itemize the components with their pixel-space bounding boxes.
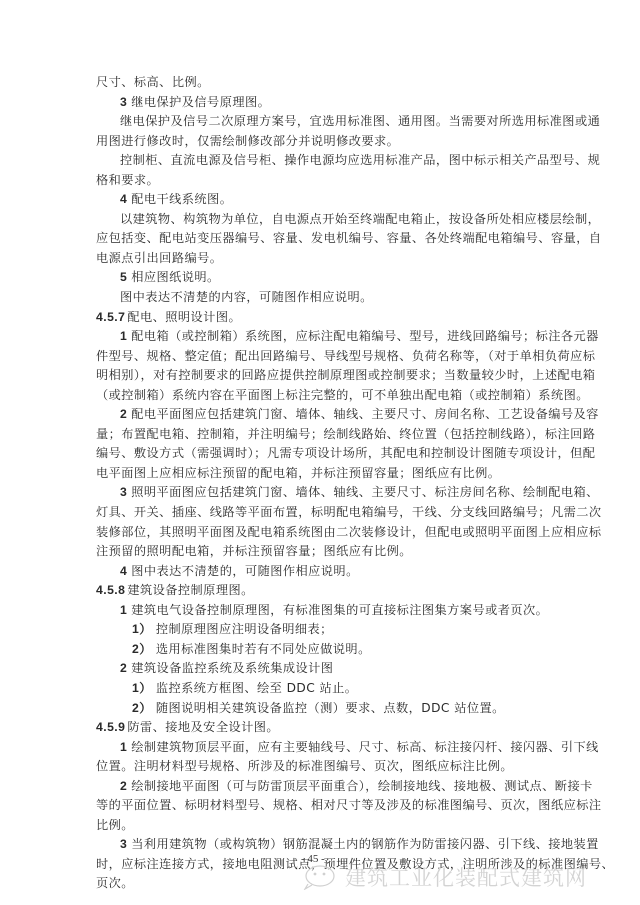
- text-line: 4图中表达不清楚的，可随图作相应说明。: [96, 562, 544, 582]
- text-line: 应包括变、配电站变压器编号、容量、发电机编号、容量、各处终端配电箱编号、容量，自: [96, 229, 544, 249]
- line-text: 应包括变、配电站变压器编号、容量、发电机编号、容量、各处终端配电箱编号、容量，自: [96, 231, 602, 245]
- line-text: 图中表达不清楚的，可随图作相应说明。: [131, 564, 358, 578]
- section-heading: 4.5.9防雷、接地及安全设计图。: [96, 718, 544, 738]
- item-number: 3: [120, 95, 127, 109]
- text-line: 1建筑电气设备控制原理图，有标准图集的可直接标注图集方案号或者页次。: [96, 601, 544, 621]
- text-line: 用图进行修改时，仅需绘制修改部分并说明修改要求。: [96, 132, 544, 152]
- line-text: 控制柜、直流电源及信号柜、操作电源均应选用标准产品，图中标示相关产品型号、规: [120, 153, 600, 167]
- item-number: 3: [120, 485, 127, 499]
- item-number: 1: [120, 603, 127, 617]
- text-line: 2）随图说明相关建筑设备监控（测）要求、点数，DDC 站位置。: [96, 699, 544, 719]
- text-line: 比例。: [96, 816, 544, 836]
- line-text: 格和要求。: [96, 173, 159, 187]
- line-text: 灯具、开关、插座、线路等平面布置，标明配电箱编号，干线、分支线回路编号；凡需二次: [96, 505, 602, 519]
- text-line: 2配电平面图应包括建筑门窗、墙体、轴线、主要尺寸、房间名称、工艺设备编号及容: [96, 405, 544, 425]
- text-line: 4配电干线系统图。: [96, 190, 544, 210]
- line-text: 绘制接地平面图（可与防雷顶层平面重合），绘制接地线、接地极、测试点、断接卡: [131, 779, 593, 793]
- item-number: 3: [120, 837, 127, 851]
- line-text: 随图说明相关建筑设备监控（测）要求、点数，DDC 站位置。: [156, 701, 505, 715]
- text-line: 继电保护及信号二次原理方案号，宜选用标准图、通用图。当需要对所选用标准图或通: [96, 112, 544, 132]
- text-line: 灯具、开关、插座、线路等平面布置，标明配电箱编号，干线、分支线回路编号；凡需二次: [96, 503, 544, 523]
- text-line: 电平面图上应相应标注预留的配电箱，并标注预留容量；图纸应有比例。: [96, 464, 544, 484]
- text-line: 明相别），对有控制要求的回路应提供控制原理图或控制要求；当数量较少时，上述配电箱: [96, 366, 544, 386]
- item-number: 2: [120, 407, 127, 421]
- line-text: 比例。: [96, 818, 134, 832]
- line-text: 量；布置配电箱、控制箱，并注明编号；绘制线路始、终位置（包括控制线路），标注回路: [96, 427, 595, 441]
- line-text: 建筑电气设备控制原理图，有标准图集的可直接标注图集方案号或者页次。: [131, 603, 548, 617]
- text-line: 3照明平面图应包括建筑门窗、墙体、轴线、主要尺寸、标注房间名称、绘制配电箱、: [96, 483, 544, 503]
- text-line: 位置。注明材料型号规格、所涉及的标准图编号、页次，图纸应标注比例。: [96, 757, 544, 777]
- section-heading: 4.5.8建筑设备控制原理图。: [96, 581, 544, 601]
- watermark-text: 建筑工业化装配式建筑网: [345, 862, 587, 892]
- line-text: 注预留的照明配电箱，并标注预留容量；图纸应有比例。: [96, 544, 412, 558]
- wechat-logo-icon: [300, 862, 340, 890]
- text-line: 3继电保护及信号原理图。: [96, 93, 544, 113]
- line-text: 尺寸、标高、比例。: [96, 75, 210, 89]
- section-number: 4.5.7: [96, 310, 125, 324]
- section-heading: 4.5.7配电、照明设计图。: [96, 308, 544, 328]
- line-text: 选用标准图集时若有不同处应做说明。: [156, 642, 371, 656]
- line-text: 配电干线系统图。: [131, 192, 232, 206]
- text-line: 电源点引出回路编号。: [96, 249, 544, 269]
- line-text: 配电平面图应包括建筑门窗、墙体、轴线、主要尺寸、房间名称、工艺设备编号及容: [131, 407, 599, 421]
- line-text: 配电箱（或控制箱）系统图，应标注配电箱编号、型号，进线回路编号；标注各元器: [131, 329, 599, 343]
- line-text: 继电保护及信号二次原理方案号，宜选用标准图、通用图。当需要对所选用标准图或通: [120, 114, 600, 128]
- line-text: 位置。注明材料型号规格、所涉及的标准图编号、页次，图纸应标注比例。: [96, 759, 513, 773]
- text-line: 1绘制建筑物顶层平面，应有主要轴线号、尺寸、标高、标注接闪杆、接闪器、引下线: [96, 738, 544, 758]
- item-number: 1）: [132, 622, 152, 636]
- line-text: 等的平面位置、标明材料型号、规格、相对尺寸等及涉及的标准图编号、页次，图纸应标注: [96, 798, 602, 812]
- item-number: 2: [120, 661, 127, 675]
- text-line: 1）监控系统方框图、绘至 DDC 站止。: [96, 679, 544, 699]
- item-number: 4: [120, 192, 127, 206]
- line-text: 用图进行修改时，仅需绘制修改部分并说明修改要求。: [96, 134, 399, 148]
- line-text: 相应图纸说明。: [131, 270, 219, 284]
- text-line: 注预留的照明配电箱，并标注预留容量；图纸应有比例。: [96, 542, 544, 562]
- text-line: 2）选用标准图集时若有不同处应做说明。: [96, 640, 544, 660]
- item-number: 1: [120, 740, 127, 754]
- item-number: 5: [120, 270, 127, 284]
- text-line: 1）控制原理图应注明设备明细表；: [96, 620, 544, 640]
- line-text: 配电、照明设计图。: [127, 310, 241, 324]
- item-number: 2）: [132, 701, 152, 715]
- line-text: 电源点引出回路编号。: [96, 251, 222, 265]
- line-text: 防雷、接地及安全设计图。: [127, 720, 279, 734]
- document-page: 尺寸、标高、比例。3继电保护及信号原理图。继电保护及信号二次原理方案号，宜选用标…: [96, 73, 544, 894]
- line-text: 电平面图上应相应标注预留的配电箱，并标注预留容量；图纸应有比例。: [96, 466, 500, 480]
- section-number: 4.5.9: [96, 720, 125, 734]
- line-text: （或控制箱）系统内容在平面图上标注完整的，可不单独出配电箱（或控制箱）系统图。: [96, 388, 589, 402]
- text-line: 以建筑物、构筑物为单位，自电源点开始至终端配电箱止，按设备所处相应楼层绘制，: [96, 210, 544, 230]
- text-line: 2绘制接地平面图（可与防雷顶层平面重合），绘制接地线、接地极、测试点、断接卡: [96, 777, 544, 797]
- line-text: 以建筑物、构筑物为单位，自电源点开始至终端配电箱止，按设备所处相应楼层绘制，: [120, 212, 600, 226]
- line-text: 控制原理图应注明设备明细表；: [156, 622, 333, 636]
- text-line: 3当利用建筑物（或构筑物）钢筋混凝土内的钢筋作为防雷接闪器、引下线、接地装置: [96, 835, 544, 855]
- text-line: 格和要求。: [96, 171, 544, 191]
- line-text: 图中表达不清楚的内容，可随图作相应说明。: [120, 290, 373, 304]
- line-text: 编号、敷设方式（需强调时）；凡需专项设计场所，其配电和控制设计图随专项设计，但配: [96, 446, 595, 460]
- line-text: 绘制建筑物顶层平面，应有主要轴线号、尺寸、标高、标注接闪杆、接闪器、引下线: [131, 740, 599, 754]
- text-line: 5相应图纸说明。: [96, 268, 544, 288]
- item-number: 2: [120, 779, 127, 793]
- text-line: 2建筑设备监控系统及系统集成设计图: [96, 659, 544, 679]
- line-text: 建筑设备监控系统及系统集成设计图: [131, 661, 333, 675]
- line-text: 装修部位，其照明平面图及配电箱系统图由二次装修设计，但配电或照明平面图上应相应标: [96, 525, 602, 539]
- text-line: 等的平面位置、标明材料型号、规格、相对尺寸等及涉及的标准图编号、页次，图纸应标注: [96, 796, 544, 816]
- line-text: 继电保护及信号原理图。: [131, 95, 270, 109]
- item-number: 1）: [132, 681, 152, 695]
- line-text: 件型号、规格、整定值；配出回路编号、导线型号规格、负荷名称等，（对于单相负荷应标: [96, 349, 595, 363]
- text-line: 1配电箱（或控制箱）系统图，应标注配电箱编号、型号，进线回路编号；标注各元器: [96, 327, 544, 347]
- line-text: 明相别），对有控制要求的回路应提供控制原理图或控制要求；当数量较少时，上述配电箱: [96, 368, 595, 382]
- text-line: 控制柜、直流电源及信号柜、操作电源均应选用标准产品，图中标示相关产品型号、规: [96, 151, 544, 171]
- text-line: 装修部位，其照明平面图及配电箱系统图由二次装修设计，但配电或照明平面图上应相应标: [96, 523, 544, 543]
- text-line: 尺寸、标高、比例。: [96, 73, 544, 93]
- text-line: （或控制箱）系统内容在平面图上标注完整的，可不单独出配电箱（或控制箱）系统图。: [96, 386, 544, 406]
- text-line: 编号、敷设方式（需强调时）；凡需专项设计场所，其配电和控制设计图随专项设计，但配: [96, 444, 544, 464]
- item-number: 1: [120, 329, 127, 343]
- item-number: 4: [120, 564, 127, 578]
- line-text: 监控系统方框图、绘至 DDC 站止。: [156, 681, 358, 695]
- section-number: 4.5.8: [96, 583, 125, 597]
- text-line: 图中表达不清楚的内容，可随图作相应说明。: [96, 288, 544, 308]
- line-text: 当利用建筑物（或构筑物）钢筋混凝土内的钢筋作为防雷接闪器、引下线、接地装置: [131, 837, 599, 851]
- text-line: 件型号、规格、整定值；配出回路编号、导线型号规格、负荷名称等，（对于单相负荷应标: [96, 347, 544, 367]
- line-text: 照明平面图应包括建筑门窗、墙体、轴线、主要尺寸、标注房间名称、绘制配电箱、: [131, 485, 599, 499]
- line-text: 页次。: [96, 876, 134, 890]
- text-line: 量；布置配电箱、控制箱，并注明编号；绘制线路始、终位置（包括控制线路），标注回路: [96, 425, 544, 445]
- item-number: 2）: [132, 642, 152, 656]
- line-text: 建筑设备控制原理图。: [127, 583, 253, 597]
